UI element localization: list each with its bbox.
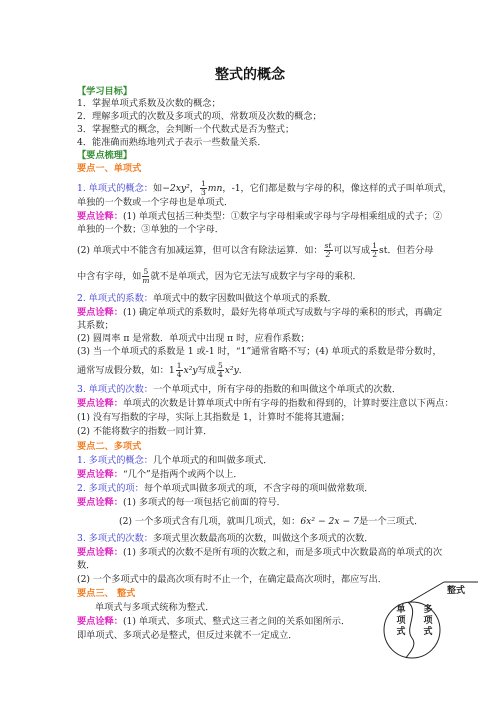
paragraph-line: (2) 一个多项式含有几项，就叫几项式，如：6x² − 2x − 7是一个三项式… [119,516,423,528]
page-title: 整式的概念 [0,64,500,84]
diagram-outer-label: 整式 [447,583,465,596]
concept-label: 1. 单项式的概念： [77,183,153,194]
fraction: 54 [217,362,224,379]
fraction: st2 [324,242,333,259]
learning-goals-heading: 【学习目标】 [77,86,132,98]
note-label: 要点诠释： [77,398,123,409]
document-page: 整式的概念 【学习目标】 1．掌握单项式系数及次数的概念； 2．理解多项式的次数… [0,0,500,707]
fraction: 5m [142,268,149,285]
paragraph-line: (3) 当一个单项式的系数是 1 或-1 时，“1”通常省略不写；(4) 单项式… [77,346,442,358]
paragraph-line: 即单项式、多项式必是整式，但反过来就不一定成立． [77,630,298,642]
note-line: 要点诠释：(1) 确定单项式的系数时，最好先将单项式写成数与字母的乘积的形式，再… [77,307,442,319]
paragraph-line: (2) 不能将数字的指数一同计算． [77,426,212,438]
section-heading: 要点三、 整式 [77,588,135,600]
note-line: 要点诠释：(1) 多项式的每一项包括它前面的符号． [77,497,286,509]
paragraph-line: (1) 没有写指数的字母，实际上其指数是 1，计算时不能将其遗漏； [77,412,350,424]
note-line: 要点诠释：单项式的次数是计算单项式中所有字母的指数和得到的，计算时要注意以下两点… [77,398,454,410]
note-label: 要点诠释： [77,469,123,480]
paragraph-line: (2) 圆周率 π 是常数．单项式中出现 π 时，应看作系数； [77,333,310,345]
paragraph-line: (2) 单项式中不能含有加减运算，但可以含有除法运算．如：st2可以写成12st… [77,242,433,259]
goal-item: 2．理解多项式的次数及多项式的项、常数项及次数的概念； [77,111,322,123]
note-line: 要点诠释：(1) 多项式的次数不是所有项的次数之和，而是多项式中次数最高的单项式… [77,547,442,559]
terms-definition: 2. 多项式的项：每个单项式叫做多项式的项，不含字母的项叫做常数项． [77,483,374,495]
paragraph-line: 单项式与多项式统称为整式． [95,602,214,614]
paragraph-line: 单独的一个数或一个字母也是单项式． [77,197,233,209]
math-expression: −2xy² [162,183,190,194]
paragraph-line: 数． [77,560,95,572]
note-label: 要点诠释： [77,547,123,558]
note-label: 要点诠释： [77,307,123,318]
paragraph-line: 其系数； [77,320,114,332]
diagram-right-label: 多项式 [423,605,433,638]
polynomial-concept: 1. 多项式的概念：几个单项式的和叫做多项式． [77,455,272,467]
note-label: 要点诠释： [77,497,123,508]
note-line: 要点诠释：“几个”是指两个或两个以上． [77,469,243,481]
note-line: 要点诠释：(1) 单项式包括三种类型：①数字与字母相乘或字母与字母相乘组成的式子… [77,211,442,223]
key-points-heading: 【要点梳理】 [77,150,132,162]
note-label: 要点诠释： [77,211,123,222]
goal-item: 1．掌握单项式系数及次数的概念； [77,98,221,110]
monomial-concept: 1. 单项式的概念：如−2xy²，13mn，-1，它们都是数与字母的积，像这样的… [77,180,452,197]
coefficient-definition: 2. 单项式的系数：单项式中的数字因数叫做这个单项式的系数． [77,293,337,305]
goal-item: 3．掌握整式的概念，会判断一个代数式是否为整式； [77,124,294,136]
paragraph-line: 单独的一个数；③单独的一个字母． [77,224,224,236]
polynomial-degree-definition: 3. 多项式的次数：多项式里次数最高项的次数，叫做这个多项式的次数． [77,533,374,545]
note-label: 要点诠释： [77,616,123,627]
section-heading: 要点一、单项式 [77,163,141,175]
diagram-left-label: 单项式 [396,605,406,638]
goal-item: 4．能准确而熟练地列式子表示一些数量关系． [77,137,267,149]
paragraph-line: (2) 一个多项式中的最高次项有时不止一个，在确定最高次项时，都应写出． [77,574,387,586]
paragraph-line: 中含有字母，如5m就不是单项式，因为它无法写成数字与字母的乘积． [77,268,362,285]
note-line: 要点诠释：(1) 单项式、多项式、整式这三者之间的关系如图所示． [77,616,350,628]
section-heading: 要点二、多项式 [77,441,141,453]
fraction: 12 [371,242,378,259]
degree-definition: 3. 单项式的次数：一个单项式中，所有字母的指数的和叫做这个单项式的次数． [77,384,401,396]
fraction: 14 [176,362,183,379]
fraction: 13 [200,180,207,197]
paragraph-line: 通常写成假分数，如：114x²y写成54x²y． [77,362,248,379]
